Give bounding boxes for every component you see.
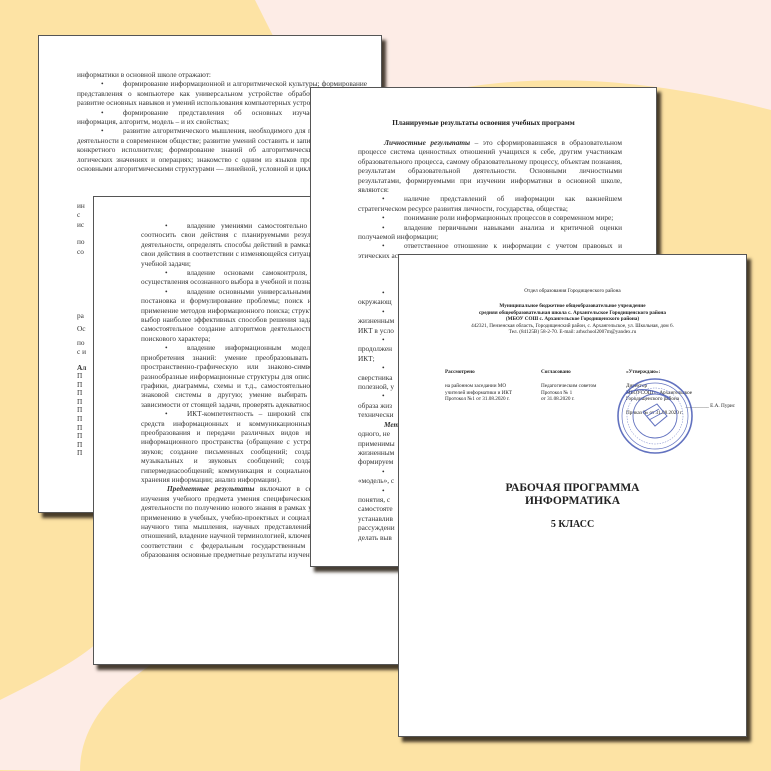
bullet-item: владение первичными навыками анализа и к…	[358, 223, 622, 242]
personal-results-lead: Личностные результаты	[384, 138, 470, 147]
personal-results-paragraph: Личностные результаты – это сформировавш…	[358, 138, 622, 194]
text-fragment: полезной, у	[358, 382, 399, 391]
bullet-item: наличие представлений об информации как …	[358, 194, 622, 213]
document-title-page: Отдел образования Городищенского района …	[398, 254, 747, 737]
text-fragment: одного, не	[358, 429, 399, 438]
grade-label: 5 КЛАСС	[399, 519, 746, 530]
education-department: Отдел образования Городищенского района	[399, 288, 746, 295]
text-fragment: жизненным	[358, 316, 399, 325]
text-fragment: Мет	[358, 420, 399, 429]
subject-title: ИНФОРМАТИКА	[399, 495, 746, 508]
text-fragment: по	[77, 237, 86, 246]
text-fragment: Ос	[77, 324, 86, 333]
text-fragment: ра	[77, 311, 86, 320]
document-title: РАБОЧАЯ ПРОГРАММА	[399, 482, 746, 495]
text-fragment: технически	[358, 410, 399, 419]
text-fragment: со	[77, 247, 86, 256]
text-fragment: образа жиз	[358, 401, 399, 410]
text-fragment: ис	[77, 220, 86, 229]
text-fragment: понятия, с	[358, 495, 399, 504]
text-fragment: делать выв	[358, 533, 399, 542]
text-fragment: ИКТ в усло	[358, 326, 399, 335]
school-stamp-icon	[615, 376, 695, 456]
text-fragment: устанавлив	[358, 514, 399, 523]
paragraph: информатики в основной школе отражают:	[77, 70, 367, 79]
text-fragment: ин	[77, 201, 86, 210]
text-fragment: по	[77, 338, 86, 347]
school-short-name: (МБОУ СОШ с. Архангельское Городищенског…	[399, 316, 746, 323]
text-fragment: сверстника	[358, 373, 399, 382]
text-fragment: рассуждени	[358, 523, 399, 532]
text-fragment: формируем	[358, 457, 399, 466]
subject-results-lead: Предметные результаты	[167, 484, 254, 493]
list-item: П	[77, 449, 86, 458]
text-fragment: ИКТ;	[358, 354, 399, 363]
text-fragment: с и	[77, 347, 86, 356]
school-contacts: Тел. (84125В) 58-2-70. E-mail: arhschool…	[399, 329, 746, 336]
approval-column-reviewed: Рассмотрено на районном заседании МО учи…	[445, 369, 545, 403]
text-fragment: «модель», с	[358, 476, 399, 485]
text-fragment: самостояте	[358, 504, 399, 513]
page-heading: Планируемые результаты освоения учебных …	[311, 118, 656, 127]
text-fragment: применимы	[358, 439, 399, 448]
text-fragment: продолжен	[358, 344, 399, 353]
text-fragment: жизненным	[358, 448, 399, 457]
text-fragment: окружающ	[358, 297, 399, 306]
text-fragment: с	[77, 210, 86, 219]
school-name-line: Муниципальное бюджетное общеобразователь…	[399, 303, 746, 310]
bullet-item: понимание роли информационных процессов …	[358, 213, 622, 222]
